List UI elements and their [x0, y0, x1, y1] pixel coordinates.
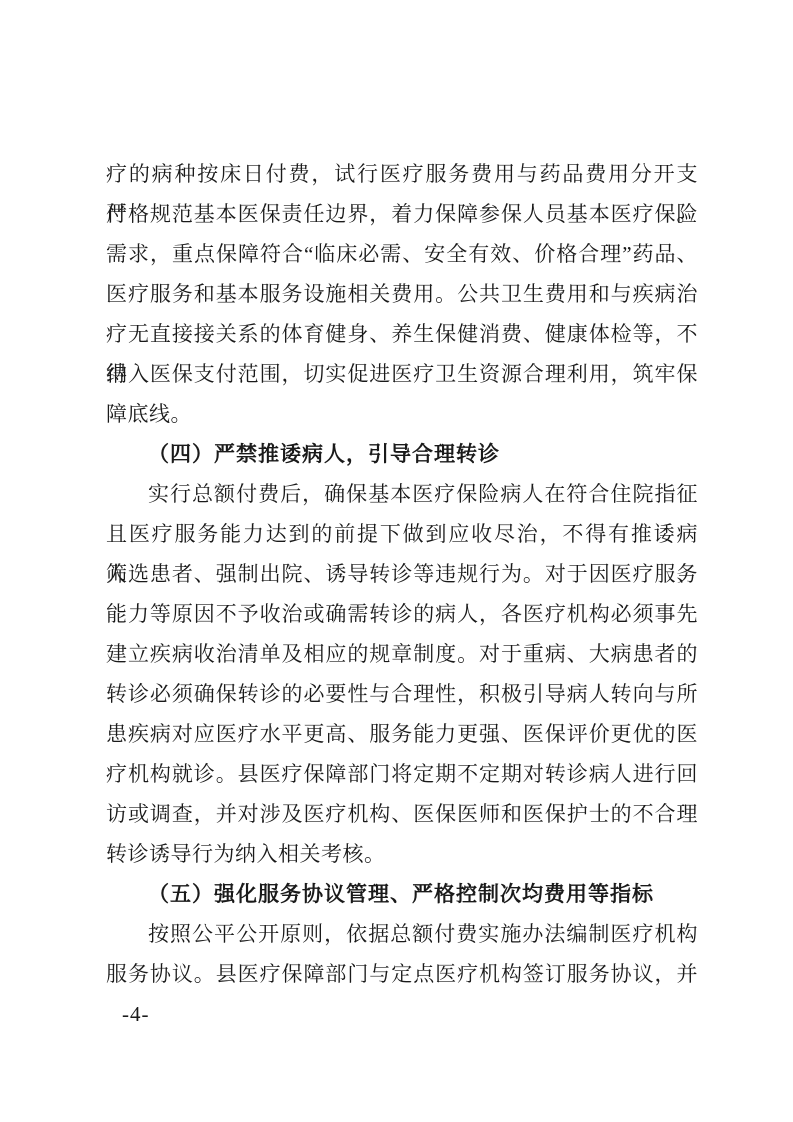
text-line: 按照公平公开原则，依据总额付费实施办法编制医疗机构 — [106, 914, 698, 954]
text-line: 且医疗服务能力达到的前提下做到应收尽治，不得有推诿病人、 — [106, 514, 698, 554]
section-heading-5: （五）强化服务协议管理、严格控制次均费用等指标 — [106, 874, 698, 914]
document-text-block: 疗的病种按床日付费，试行医疗服务费用与药品费用分开支付。 严格规范基本医保责任边… — [106, 154, 698, 1034]
text-line: 纳入医保支付范围，切实促进医疗卫生资源合理利用，筑牢保 — [106, 354, 698, 394]
text-line: 障底线。 — [106, 394, 698, 434]
text-line: 服务协议。县医疗保障部门与定点医疗机构签订服务协议，并 — [106, 954, 698, 994]
section-heading-4: （四）严禁推诿病人，引导合理转诊 — [106, 434, 698, 474]
text-line: 疗无直接接关系的体育健身、养生保健消费、健康体检等，不得 — [106, 314, 698, 354]
text-line: 需求，重点保障符合“临床必需、安全有效、价格合理”药品、 — [106, 234, 698, 274]
document-page: 疗的病种按床日付费，试行医疗服务费用与药品费用分开支付。 严格规范基本医保责任边… — [0, 0, 793, 1122]
text-line: 疗机构就诊。县医疗保障部门将定期不定期对转诊病人进行回 — [106, 754, 698, 794]
text-line: 筛选患者、强制出院、诱导转诊等违规行为。对于因医疗服务 — [106, 554, 698, 594]
text-line: 实行总额付费后，确保基本医疗保险病人在符合住院指征 — [106, 474, 698, 514]
text-line: 能力等原因不予收治或确需转诊的病人，各医疗机构必须事先 — [106, 594, 698, 634]
text-line: 转诊必须确保转诊的必要性与合理性，积极引导病人转向与所 — [106, 674, 698, 714]
text-line: 医疗服务和基本服务设施相关费用。公共卫生费用和与疾病治 — [106, 274, 698, 314]
text-line: 严格规范基本医保责任边界，着力保障参保人员基本医疗保险 — [106, 194, 698, 234]
text-line: 转诊诱导行为纳入相关考核。 — [106, 834, 698, 874]
text-line: 疗的病种按床日付费，试行医疗服务费用与药品费用分开支付。 — [106, 154, 698, 194]
text-line: 建立疾病收治清单及相应的规章制度。对于重病、大病患者的 — [106, 634, 698, 674]
page-number: -4- — [106, 994, 698, 1034]
text-line: 患疾病对应医疗水平更高、服务能力更强、医保评价更优的医 — [106, 714, 698, 754]
text-line: 访或调查，并对涉及医疗机构、医保医师和医保护士的不合理 — [106, 794, 698, 834]
